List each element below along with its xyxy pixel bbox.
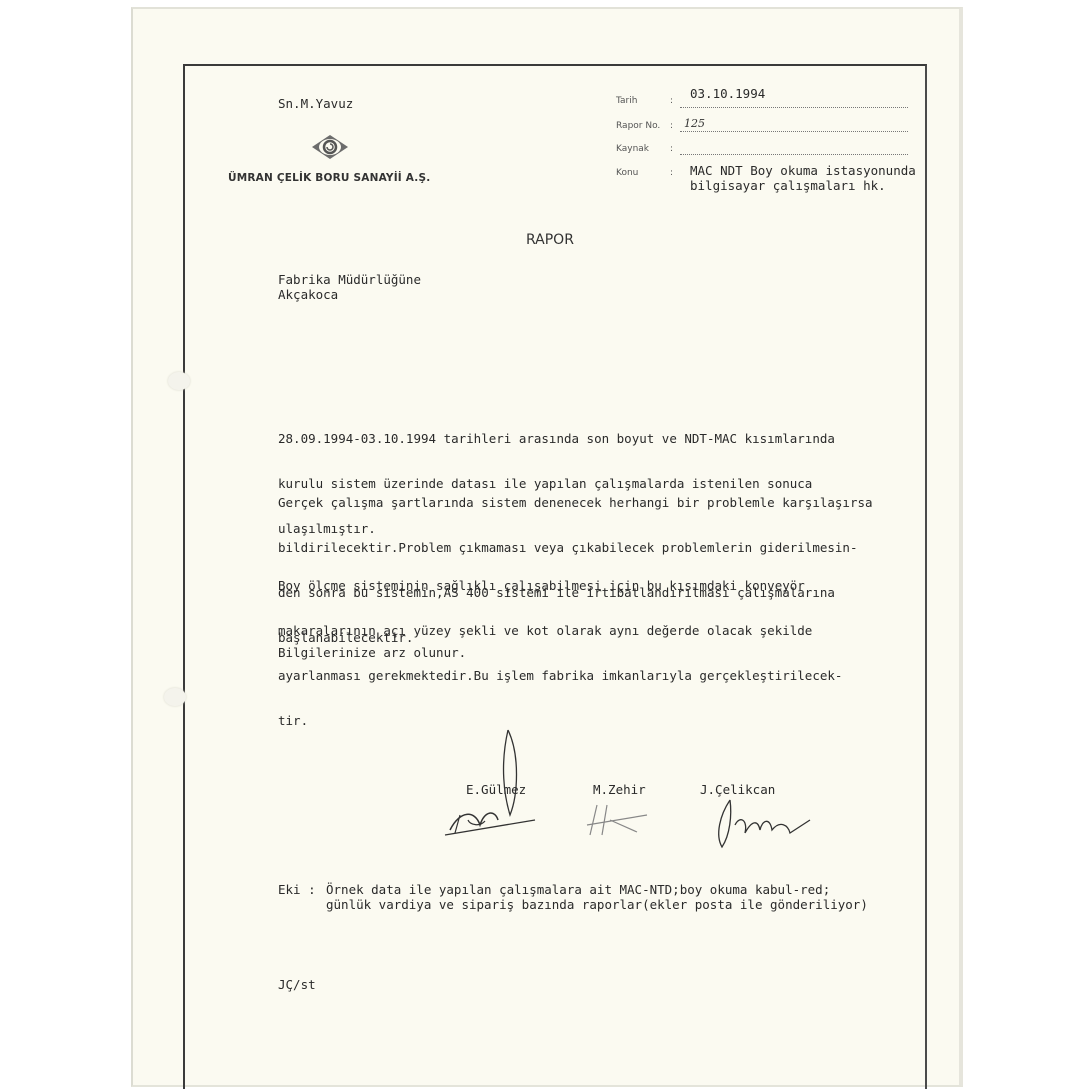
recipient-line-2: Akçakoca (278, 287, 338, 302)
date-line (680, 106, 908, 108)
company-name: ÜMRAN ÇELİK BORU SANAYİİ A.Ş. (228, 172, 430, 184)
colon: : (670, 168, 673, 178)
report-no-label: Rapor No. (616, 121, 660, 131)
eye-logo-icon (310, 132, 350, 162)
reference-initials: JÇ/st (278, 977, 316, 992)
text-line: 28.09.1994-03.10.1994 tarihleri arasında… (278, 431, 835, 446)
text-line: makaralarının açı yüzey şekli ve kot ola… (278, 623, 842, 638)
signature-icon (440, 725, 540, 845)
colon: : (670, 121, 673, 131)
date-label: Tarih (616, 96, 637, 106)
signature-icon (582, 800, 652, 840)
signature-icon (700, 795, 820, 855)
text-line: Boy ölçme sisteminin sağlıklı çalışabilm… (278, 578, 842, 593)
attachments-line-1: Örnek data ile yapılan çalışmalara ait M… (326, 882, 830, 897)
text-line: ayarlanması gerekmektedir.Bu işlem fabri… (278, 668, 842, 683)
subject-line-2: bilgisayar çalışmaları hk. (690, 178, 886, 193)
punch-hole (164, 688, 186, 706)
colon: : (670, 144, 673, 154)
signatory-name-2: M.Zehir (593, 782, 646, 797)
closing-line: Bilgilerinize arz olunur. (278, 645, 466, 660)
document-title: RAPOR (526, 232, 574, 248)
report-no-value: 125 (684, 117, 705, 130)
text-line: tir. (278, 713, 842, 728)
source-line (680, 153, 908, 155)
source-label: Kaynak (616, 144, 649, 154)
text-line: Gerçek çalışma şartlarında sistem denene… (278, 495, 873, 510)
attachments-label: Eki : (278, 882, 316, 897)
subject-line-1: MAC NDT Boy okuma istasyonunda (690, 163, 916, 178)
subject-label: Konu (616, 168, 638, 178)
addressee: Sn.M.Yavuz (278, 96, 353, 111)
punch-hole (168, 372, 190, 390)
attachments-line-2: günlük vardiya ve sipariş bazında raporl… (326, 897, 868, 912)
date-value: 03.10.1994 (690, 86, 765, 101)
colon: : (670, 96, 673, 106)
recipient-line-1: Fabrika Müdürlüğüne (278, 272, 421, 287)
report-no-line (680, 130, 908, 132)
